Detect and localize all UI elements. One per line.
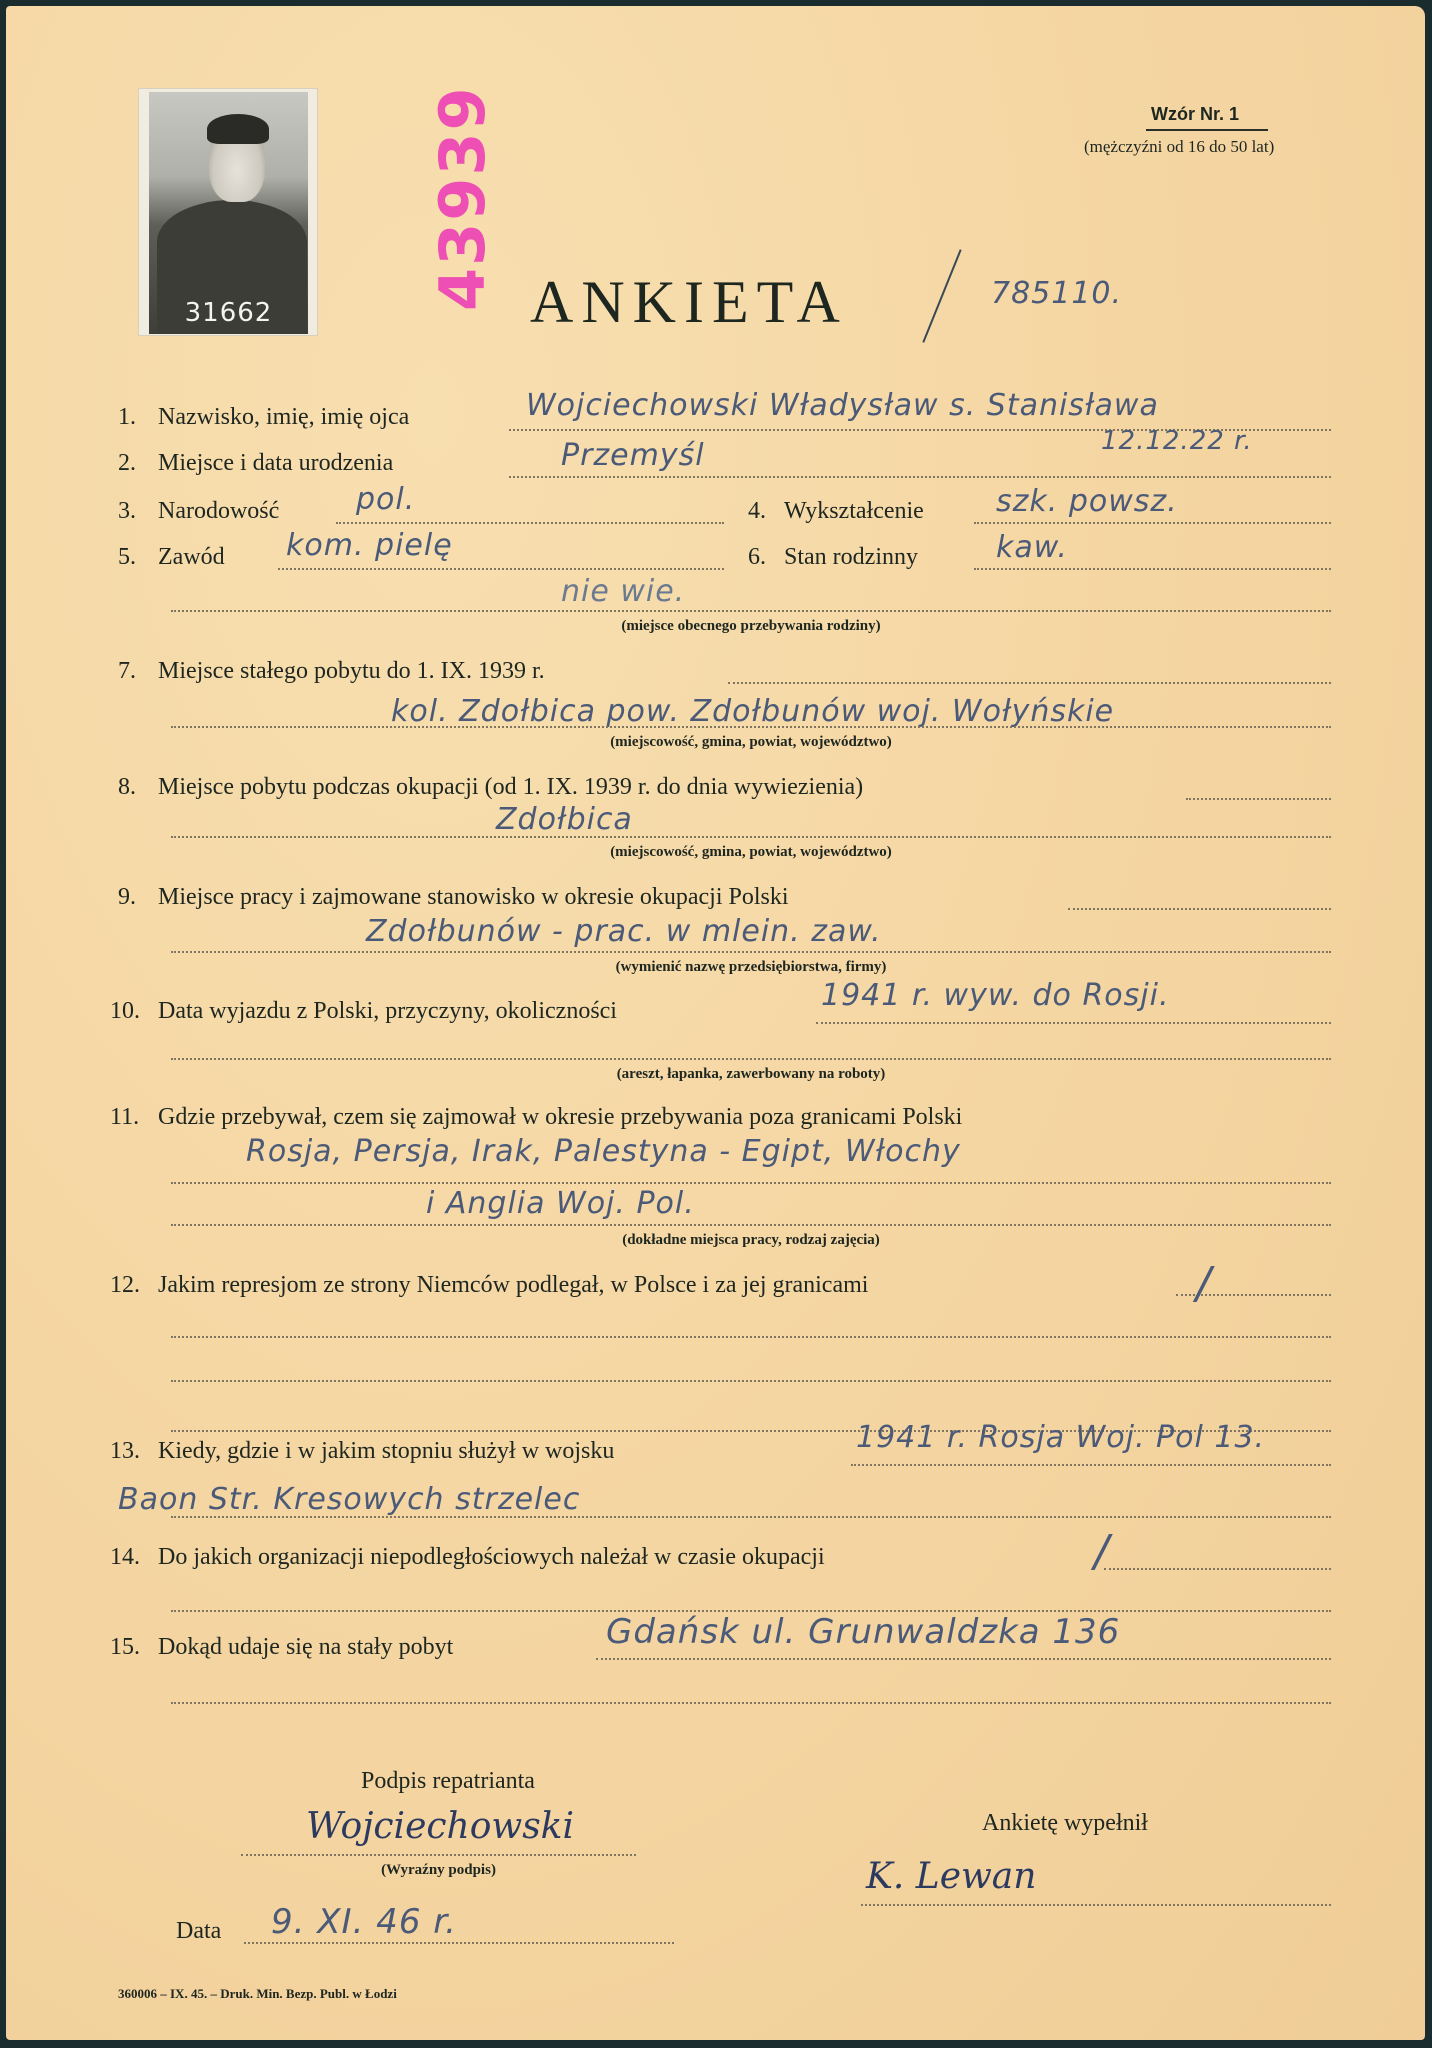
field-6-number: 6. [748, 544, 784, 571]
repatriant-signature-label: Podpis repatrianta [361, 1768, 535, 1795]
field-7-text: Miejsce stałego pobytu do 1. IX. 1939 r. [158, 658, 545, 684]
filled-by-signature[interactable]: K. Lewan [866, 1856, 1036, 1897]
field-12-line-2 [171, 1336, 1331, 1338]
field-10-label: 10.Data wyjazdu z Polski, przyczyny, oko… [110, 998, 617, 1025]
field-9-line-1 [1068, 908, 1331, 910]
field-8-text: Miejsce pobytu podczas okupacji (od 1. I… [158, 774, 863, 800]
field-7-line-2 [171, 726, 1331, 728]
field-13-number: 13. [110, 1438, 158, 1465]
field-11-number: 11. [110, 1104, 158, 1131]
field-3-value[interactable]: pol. [356, 482, 415, 517]
field-13-label: 13.Kiedy, gdzie i w jakim stopniu służył… [110, 1438, 614, 1465]
field-9-number: 9. [118, 884, 158, 911]
field-8-caption: (miejscowość, gmina, powiat, województwo… [171, 844, 1331, 861]
field-15-number: 15. [110, 1634, 158, 1661]
field-10-line-2 [171, 1058, 1331, 1060]
date-label: Data [176, 1918, 221, 1945]
field-1-label: 1.Nazwisko, imię, imię ojca [118, 404, 409, 431]
field-7-number: 7. [118, 658, 158, 685]
field-6-line [974, 568, 1331, 570]
field-13-line-2 [171, 1516, 1331, 1518]
field-14-line-1 [1104, 1568, 1331, 1570]
field-12-label: 12.Jakim represjom ze strony Niemców pod… [110, 1272, 868, 1299]
field-13-value-line-1[interactable]: 1941 r. Rosja Woj. Pol 13. [856, 1420, 1265, 1455]
field-8-value[interactable]: Zdołbica [496, 802, 633, 837]
field-12-value[interactable]: / [1196, 1258, 1212, 1309]
field-2-place-value[interactable]: Przemyśl [561, 438, 705, 473]
date-value[interactable]: 9. XI. 46 r. [271, 1902, 457, 1942]
field-13-value-line-2[interactable]: Baon Str. Kresowych strzelec [118, 1482, 580, 1517]
field-11-caption: (dokładne miejsca pracy, rodzaj zajęcia) [171, 1232, 1331, 1249]
field-11-line-2 [171, 1224, 1331, 1226]
form-id-underline [1146, 129, 1268, 131]
field-11-label: 11.Gdzie przebywał, czem się zajmował w … [110, 1104, 962, 1131]
field-6-text: Stan rodzinny [784, 544, 918, 570]
field-2-label: 2.Miejsce i data urodzenia [118, 450, 393, 477]
print-info: 360006 – IX. 45. – Druk. Min. Bezp. Publ… [118, 1986, 397, 2002]
field-15-label: 15.Dokąd udaje się na stały pobyt [110, 1634, 453, 1661]
field-8-line-1 [1186, 798, 1331, 800]
field-10-number: 10. [110, 998, 158, 1025]
field-15-line-2 [171, 1702, 1331, 1704]
photo-hair [207, 114, 269, 144]
field-6-label: 6.Stan rodzinny [748, 544, 918, 571]
field-13-text: Kiedy, gdzie i w jakim stopniu służył w … [158, 1438, 614, 1464]
reference-number: 785110. [991, 276, 1122, 311]
portrait-photo: 31662 [138, 88, 318, 336]
field-14-number: 14. [110, 1544, 158, 1571]
field-5-line [278, 568, 724, 570]
repatriant-signature-line [241, 1854, 636, 1856]
pink-stamp-number: 43939 [426, 51, 486, 311]
field-2-text: Miejsce i data urodzenia [158, 450, 393, 476]
field-15-text: Dokąd udaje się na stały pobyt [158, 1634, 453, 1660]
field-14-label: 14.Do jakich organizacji niepodległościo… [110, 1544, 825, 1571]
field-9-text: Miejsce pracy i zajmowane stanowisko w o… [158, 884, 789, 910]
title-slash-mark [922, 249, 961, 342]
field-8-label: 8.Miejsce pobytu podczas okupacji (od 1.… [118, 774, 863, 801]
field-3-text: Narodowość [158, 498, 279, 524]
field-9-value[interactable]: Zdołbunów - prac. w mlein. zaw. [366, 914, 882, 949]
field-14-text: Do jakich organizacji niepodległościowyc… [158, 1544, 825, 1570]
field-8-line-2 [171, 836, 1331, 838]
field-2-number: 2. [118, 450, 158, 477]
field-5-number: 5. [118, 544, 158, 571]
date-line [244, 1942, 674, 1944]
field-1-value[interactable]: Wojciechowski Władysław s. Stanisława [526, 388, 1159, 423]
repatriant-signature-caption: (Wyraźny podpis) [241, 1862, 636, 1879]
field-6-value[interactable]: kaw. [996, 530, 1068, 565]
field-2-date-value[interactable]: 12.12.22 r. [1101, 426, 1253, 456]
field-9-label: 9.Miejsce pracy i zajmowane stanowisko w… [118, 884, 789, 911]
field-5-label: 5.Zawód [118, 544, 225, 571]
field-12-line-3 [171, 1380, 1331, 1382]
page-title: ANKIETA [530, 268, 848, 337]
field-8-number: 8. [118, 774, 158, 801]
field-15-value[interactable]: Gdańsk ul. Grunwaldzka 136 [606, 1612, 1120, 1652]
field-7-value[interactable]: kol. Zdołbica pow. Zdołbunów woj. Wołyńs… [391, 694, 1114, 729]
field-11-value-line-1[interactable]: Rosja, Persja, Irak, Palestyna - Egipt, … [246, 1134, 961, 1169]
field-5-text: Zawód [158, 544, 225, 570]
field-3-number: 3. [118, 498, 158, 525]
family-location-line [171, 610, 1331, 612]
family-location-value[interactable]: nie wie. [561, 574, 685, 609]
field-10-value[interactable]: 1941 r. wyw. do Rosji. [821, 978, 1169, 1013]
field-10-caption: (areszt, łapanka, zawerbowany na roboty) [171, 1066, 1331, 1083]
field-4-text: Wykształcenie [784, 498, 924, 524]
field-3-label: 3.Narodowość [118, 498, 279, 525]
field-4-value[interactable]: szk. powsz. [996, 484, 1178, 519]
field-11-text: Gdzie przebywał, czem się zajmował w okr… [158, 1104, 962, 1130]
photo-image: 31662 [149, 92, 308, 334]
field-10-text: Data wyjazdu z Polski, przyczyny, okolic… [158, 998, 617, 1024]
field-4-label: 4.Wykształcenie [748, 498, 924, 525]
field-3-line [336, 522, 724, 524]
field-7-line-1 [728, 682, 1331, 684]
field-13-line-1 [851, 1464, 1331, 1466]
family-location-caption: (miejsce obecnego przebywania rodziny) [171, 618, 1331, 635]
field-2-line [509, 476, 1331, 478]
field-12-text: Jakim represjom ze strony Niemców podleg… [158, 1272, 868, 1298]
field-15-line-1 [596, 1658, 1331, 1660]
field-9-caption: (wymienić nazwę przedsiębiorstwa, firmy) [171, 959, 1331, 976]
field-7-caption: (miejscowość, gmina, powiat, województwo… [171, 734, 1331, 751]
field-4-line [974, 522, 1331, 524]
field-12-number: 12. [110, 1272, 158, 1299]
photo-label: 31662 [149, 298, 308, 328]
field-9-line-2 [171, 951, 1331, 953]
field-7-label: 7.Miejsce stałego pobytu do 1. IX. 1939 … [118, 658, 545, 685]
form-id: Wzór Nr. 1 [1151, 104, 1239, 125]
field-1-text: Nazwisko, imię, imię ojca [158, 404, 409, 430]
field-11-line-1 [171, 1182, 1331, 1184]
field-5-value[interactable]: kom. pielę [286, 528, 453, 563]
field-11-value-line-2[interactable]: i Anglia Woj. Pol. [426, 1186, 695, 1221]
filled-by-line [861, 1904, 1331, 1906]
repatriant-signature[interactable]: Wojciechowski [306, 1806, 574, 1847]
form-scope: (mężczyźni od 16 do 50 lat) [1084, 137, 1274, 157]
document-page: 31662 43939 Wzór Nr. 1 (mężczyźni od 16 … [6, 6, 1425, 2040]
filled-by-label: Ankietę wypełnił [982, 1810, 1148, 1837]
field-10-line-1 [816, 1022, 1331, 1024]
field-14-value[interactable]: / [1094, 1526, 1110, 1577]
field-1-number: 1. [118, 404, 158, 431]
field-4-number: 4. [748, 498, 784, 525]
